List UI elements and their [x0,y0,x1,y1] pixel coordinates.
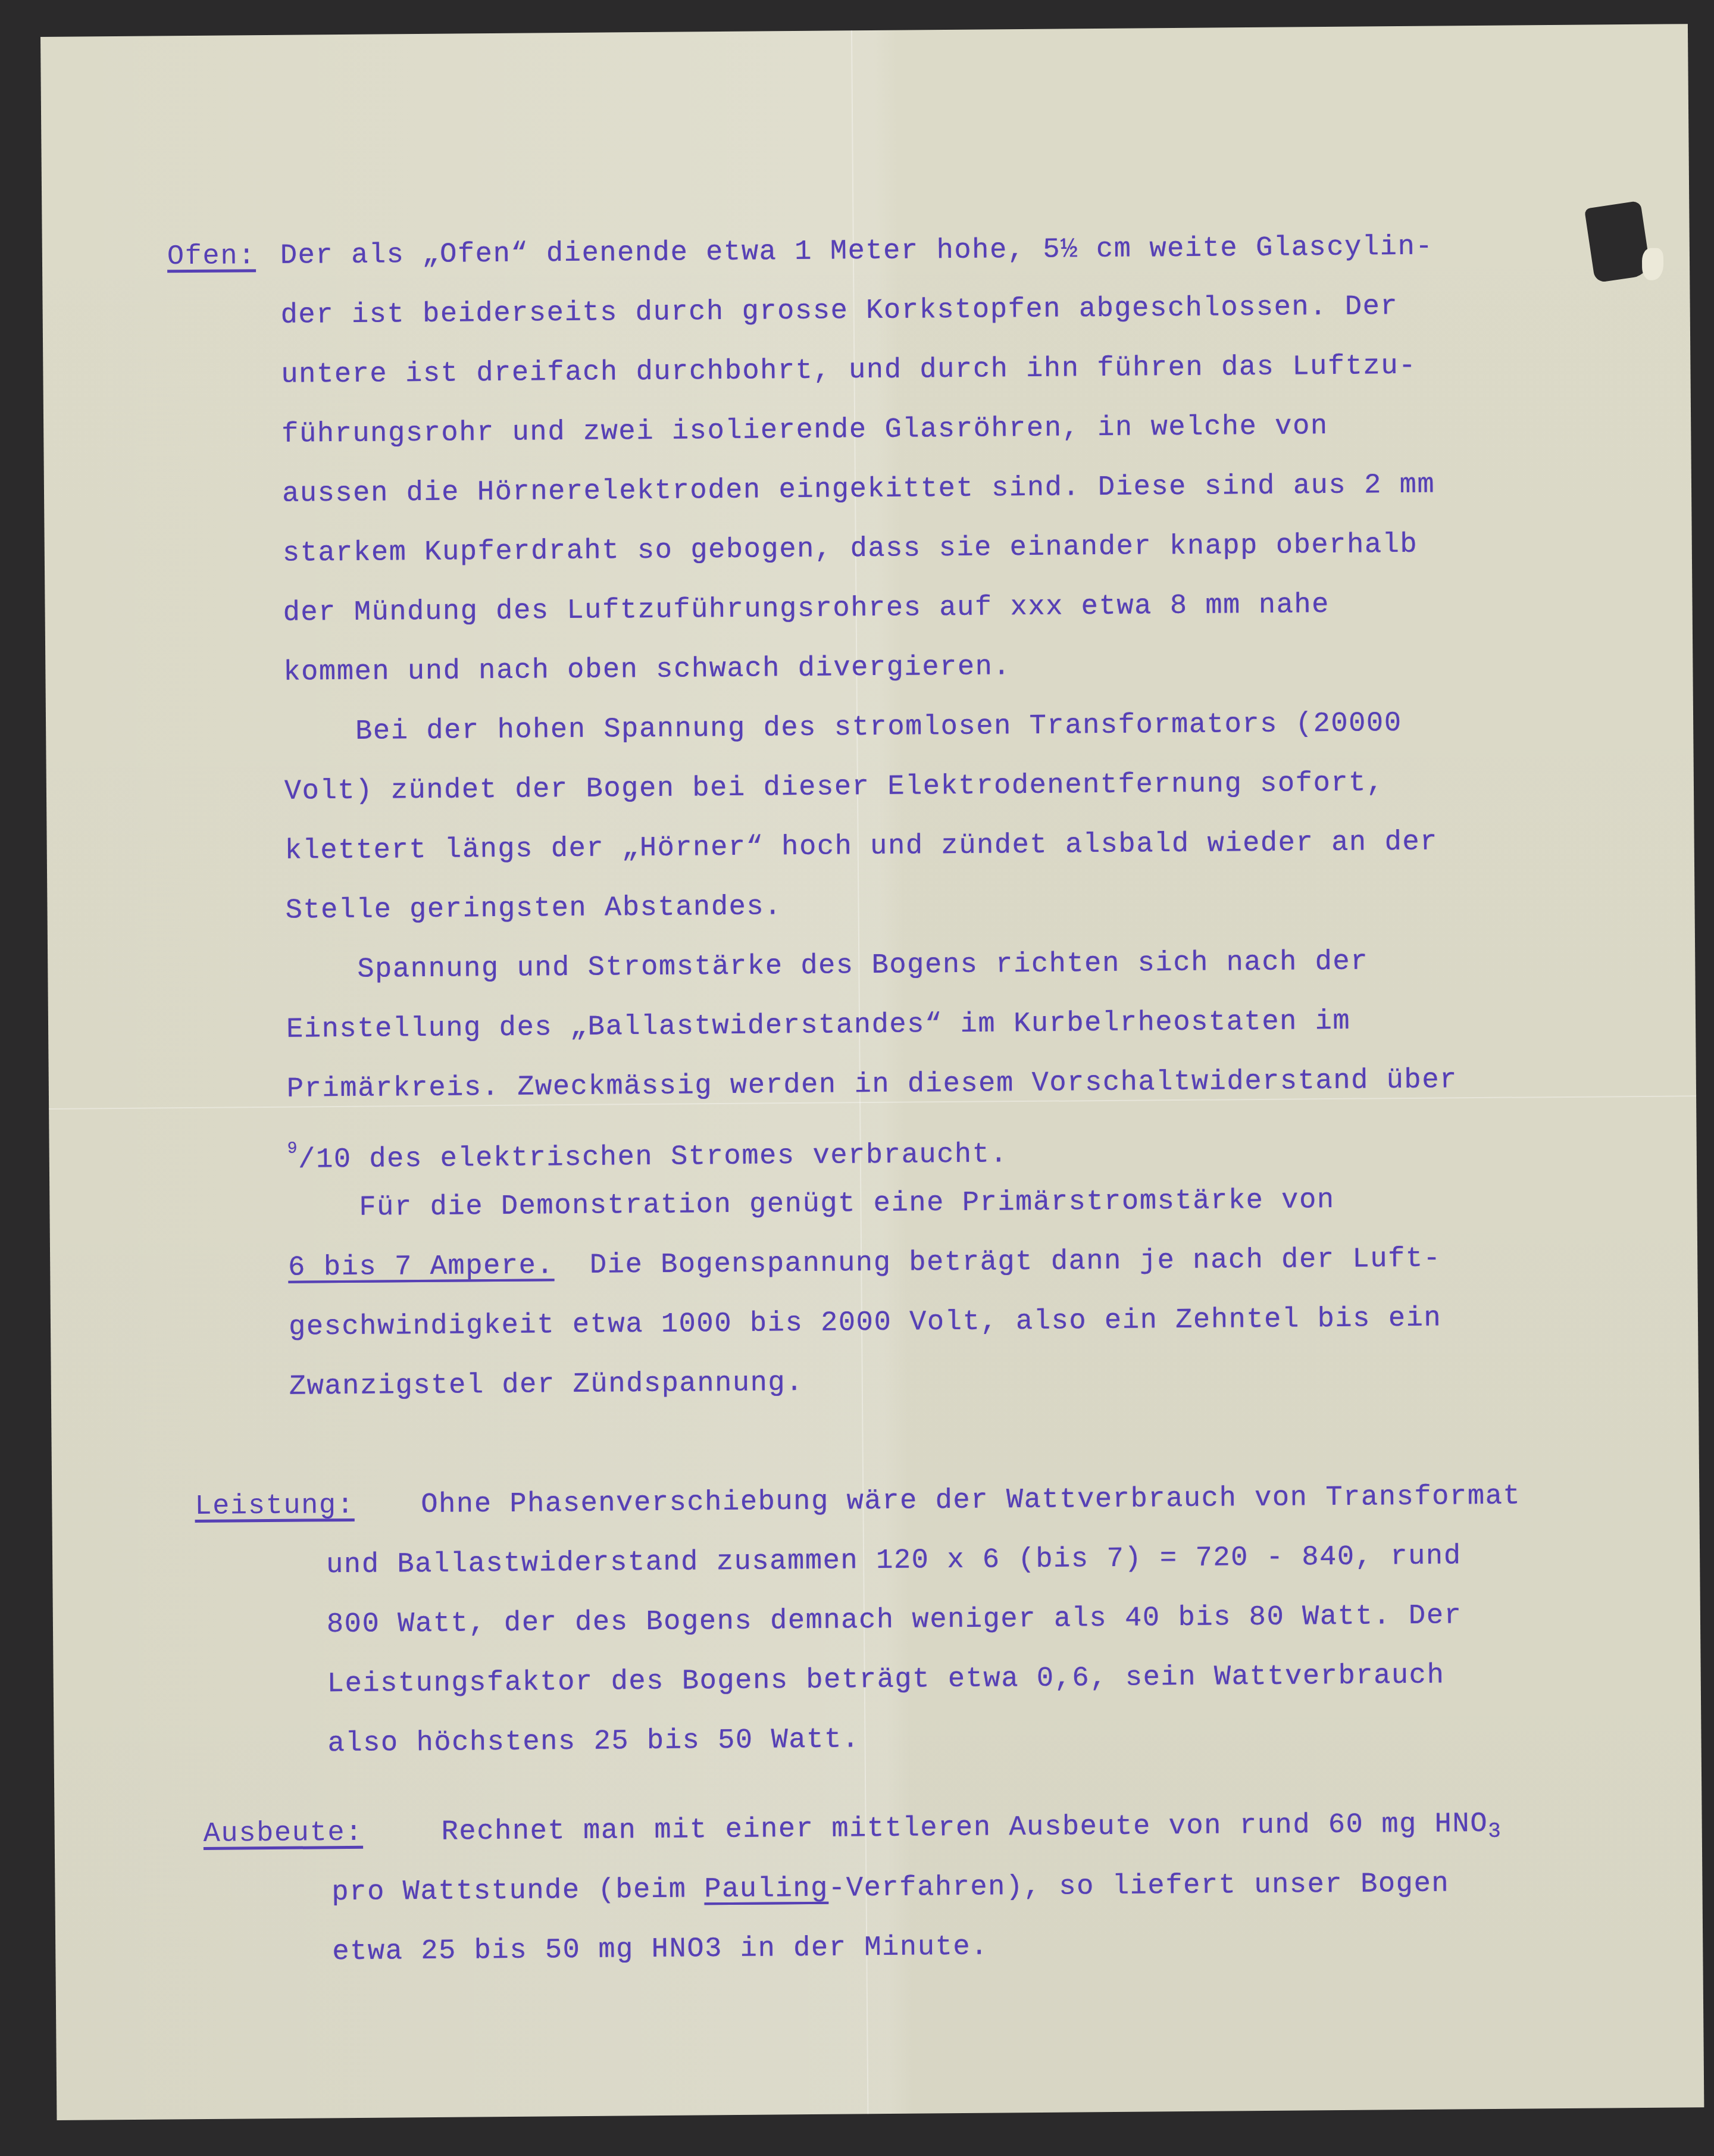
underlined-current: 6 bis 7 Ampere. [288,1250,554,1284]
leistung-line-1: Ohne Phasenverschiebung wäre der Wattver… [421,1479,1521,1524]
leistung-line-4: Leistungsfaktor des Bogens beträgt etwa … [327,1658,1445,1703]
demo-line-3: geschwindigkeit etwa 1000 bis 2000 Volt,… [289,1301,1442,1346]
subscript-3: 3 [1488,1819,1502,1843]
demo-line-4: Zwanzigstel der Zündspannung. [289,1366,804,1405]
paper-tear [1642,248,1663,280]
arc-line-4: Stelle geringsten Abstandes. [285,889,782,929]
ausbeute-line-3: etwa 25 bis 50 mg HNO3 in der Minute. [332,1930,989,1971]
section-label-ausbeute: Ausbeute: [203,1816,363,1852]
arc-line-3: klettert längs der „Hörner“ hoch und zün… [285,825,1438,870]
spannung-line-1: Spannung und Stromstärke des Bogens rich… [357,945,1368,988]
pauling-underlined: Pauling [704,1873,828,1906]
ofen-line-3: untere ist dreifach durchbohrt, und durc… [281,349,1416,393]
ofen-line-5: aussen die Hörnerelektroden eingekittet … [282,468,1435,513]
ausbeute-line-1-text: Rechnet man mit einer mittleren Ausbeute… [442,1808,1488,1848]
ofen-line-6: starkem Kupferdraht so gebogen, dass sie… [283,527,1418,572]
arc-line-1: Bei der hohen Spannung des stromlosen Tr… [355,706,1402,750]
pauling-suffix: -Verfahren), so liefert unser Bogen [828,1868,1450,1905]
pauling-prefix: pro Wattstunde (beim [331,1874,704,1908]
ofen-line-4: führungsrohr und zwei isolierende Glasrö… [282,409,1328,453]
leistung-line-2: und Ballastwiderstand zusammen 120 x 6 (… [326,1539,1462,1583]
section-label-leistung: Leistung: [195,1488,355,1525]
spannung-line-2: Einstellung des „Ballastwiderstandes“ im… [286,1004,1351,1048]
demo-line-1: Für die Demonstration genügt eine Primär… [359,1183,1335,1226]
demo-line-2-rest: Die Bogenspannung beträgt dann je nach d… [554,1243,1441,1282]
leistung-line-5: also höchstens 25 bis 50 Watt. [327,1722,860,1762]
ofen-line-1: Der als „Ofen“ dienende etwa 1 Meter hoh… [280,230,1434,274]
fraction-numerator: 9 [287,1140,299,1158]
ausbeute-line-1: Rechnet man mit einer mittleren Ausbeute… [441,1807,1502,1858]
document-page: Ofen: Der als „Ofen“ dienende etwa 1 Met… [40,24,1704,2120]
fraction-rest: /10 des elektrischen Stromes verbraucht. [298,1139,1008,1176]
section-label-ofen: Ofen: [167,239,256,275]
spannung-line-4: 9/10 des elektrischen Stromes verbraucht… [287,1126,1008,1179]
ausbeute-line-2: pro Wattstunde (beim Pauling-Verfahren),… [331,1867,1449,1911]
arc-line-2: Volt) zündet der Bogen bei dieser Elektr… [284,765,1384,810]
leistung-line-3: 800 Watt, der des Bogens demnach weniger… [327,1598,1462,1643]
ofen-line-8: kommen und nach oben schwach divergieren… [283,649,1011,691]
punched-hole [1584,201,1651,283]
spannung-line-3: Primärkreis. Zweckmässig werden in diese… [287,1063,1458,1107]
ofen-line-7: der Mündung des Luftzuführungsrohres auf… [283,588,1330,632]
demo-line-2: 6 bis 7 Ampere. Die Bogenspannung beträg… [288,1242,1441,1286]
ofen-line-2: der ist beiderseits durch grosse Korksto… [280,289,1398,334]
text-line: Der als „Ofen“ dienende etwa 1 Meter hoh… [280,232,1434,272]
